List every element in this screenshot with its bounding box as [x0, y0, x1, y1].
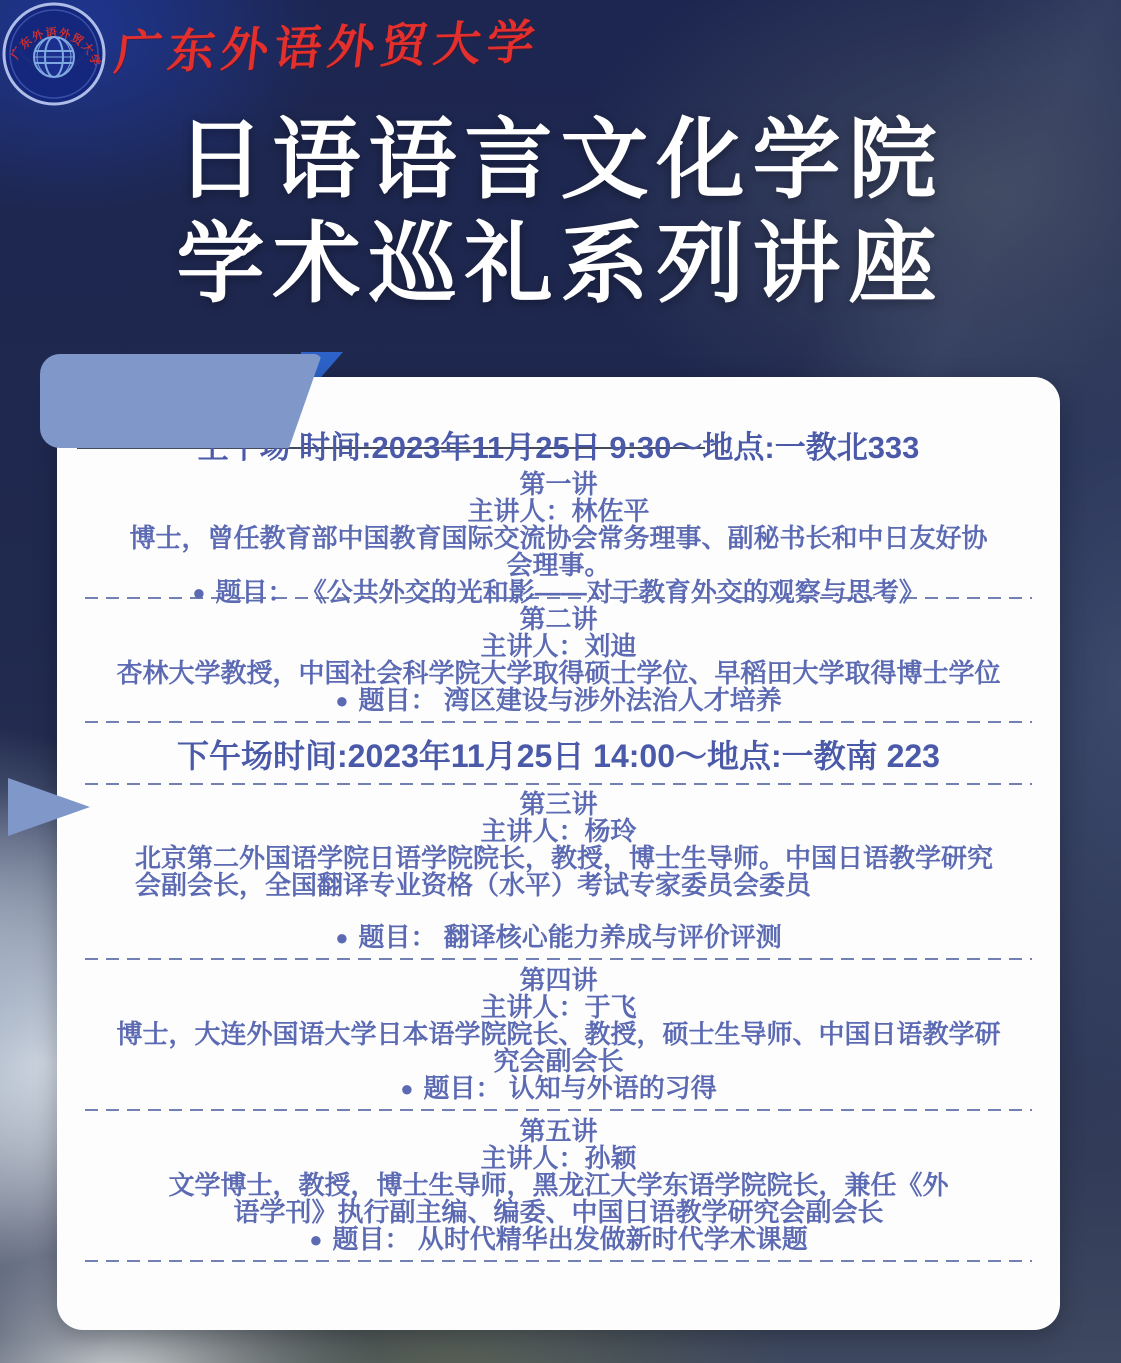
- lecture-5: 第五讲 主讲人：孙颖 文学博士，教授，博士生导师，黑龙江大学东语学院院长，兼任《…: [83, 1118, 1034, 1253]
- lecture-bio-line: 博士，大连外国语大学日本语学院院长、教授，硕士生导师、中国日语教学研: [83, 1021, 1034, 1048]
- dashed-divider: [85, 958, 1032, 960]
- schedule-card: 上午场 时间:2023年11月25日 9:30～地点:一教北333 第一讲 主讲…: [57, 377, 1060, 1330]
- topic-label: 题目：: [424, 1073, 502, 1103]
- university-name: 广东外语外贸大学: [111, 4, 590, 83]
- topic-text: 认知与外语的习得: [509, 1073, 717, 1103]
- lecture-4: 第四讲 主讲人：于飞 博士，大连外国语大学日本语学院院长、教授，硕士生导师、中国…: [83, 967, 1034, 1102]
- topic-text: 湾区建设与涉外法治人才培养: [444, 685, 782, 715]
- lecture-speaker: 主讲人：孙颖: [83, 1145, 1034, 1172]
- university-seal-icon: 广东外语外贸大学 GUANGDONG UNIVERSITY OF FOREIGN…: [2, 2, 106, 106]
- lecture-title: 第五讲: [83, 1118, 1034, 1145]
- lecture-topic: ●题目： 《公共外交的光和影——对于教育外交的观察与思考》: [83, 579, 1034, 606]
- dashed-divider: [85, 783, 1032, 785]
- lecture-2: 第二讲 主讲人：刘迪 杏林大学教授，中国社会科学院大学取得硕士学位、早稻田大学取…: [83, 606, 1034, 714]
- lecture-bio-line: 杏林大学教授，中国社会科学院大学取得硕士学位、早稻田大学取得博士学位: [83, 660, 1034, 687]
- dashed-divider: [85, 1260, 1032, 1262]
- poster-title-line1: 日语语言文化学院: [0, 108, 1121, 212]
- lecture-bio-line: 北京第二外国语学院日语学院院长，教授，博士生导师。中国日语教学研究: [83, 845, 1034, 872]
- topic-label: 题目：: [216, 577, 294, 607]
- lecture-topic: ●题目： 湾区建设与涉外法治人才培养: [83, 687, 1034, 714]
- lecture-3: 第三讲 主讲人：杨玲 北京第二外国语学院日语学院院长，教授，博士生导师。中国日语…: [83, 791, 1034, 951]
- topic-text: 《公共外交的光和影——对于教育外交的观察与思考》: [301, 577, 925, 607]
- lecture-speaker: 主讲人：杨玲: [83, 818, 1034, 845]
- lecture-bio-line: 博士，曾任教育部中国教育国际交流协会常务理事、副秘书长和中日友好协: [83, 525, 1034, 552]
- lecture-title: 第三讲: [83, 791, 1034, 818]
- lecture-speaker: 主讲人：于飞: [83, 994, 1034, 1021]
- poster: 广东外语外贸大学 GUANGDONG UNIVERSITY OF FOREIGN…: [0, 0, 1121, 1363]
- poster-title-line2: 学术巡礼系列讲座: [0, 212, 1121, 316]
- lecture-bio-line: 语学刊》执行副主编、编委、中国日语教学研究会副会长: [83, 1199, 1034, 1226]
- lecture-bio-line: 会副会长，全国翻译专业资格（水平）考试专家委员会委员: [83, 872, 1034, 899]
- poster-title: 日语语言文化学院 学术巡礼系列讲座: [0, 108, 1121, 316]
- lecture-title: 第二讲: [83, 606, 1034, 633]
- afternoon-session-header: 下午场时间:2023年11月25日 14:00～地点:一教南 223: [83, 737, 1034, 775]
- lecture-topic: ●题目： 翻译核心能力养成与评价评测: [83, 924, 1034, 951]
- topic-label: 题目：: [333, 1224, 411, 1254]
- decor-parallelogram: [40, 354, 322, 448]
- lecture-bio-line: 究会副会长: [83, 1048, 1034, 1075]
- bullet-icon: ●: [192, 580, 205, 605]
- dashed-divider: [85, 1109, 1032, 1111]
- lecture-bio-line: 会理事。: [83, 552, 1034, 579]
- globe-icon: [34, 37, 74, 77]
- schedule-content: 上午场 时间:2023年11月25日 9:30～地点:一教北333 第一讲 主讲…: [57, 377, 1060, 1330]
- bullet-icon: ●: [335, 925, 348, 950]
- bullet-icon: ●: [400, 1076, 413, 1101]
- lecture-speaker: 主讲人：刘迪: [83, 633, 1034, 660]
- spacer: [83, 899, 1034, 924]
- lecture-speaker: 主讲人：林佐平: [83, 498, 1034, 525]
- topic-label: 题目：: [359, 685, 437, 715]
- lecture-1: 第一讲 主讲人：林佐平 博士，曾任教育部中国教育国际交流协会常务理事、副秘书长和…: [83, 471, 1034, 606]
- lecture-topic: ●题目： 认知与外语的习得: [83, 1075, 1034, 1102]
- topic-text: 从时代精华出发做新时代学术课题: [418, 1224, 808, 1254]
- lecture-topic: ●题目： 从时代精华出发做新时代学术课题: [83, 1226, 1034, 1253]
- bullet-icon: ●: [335, 688, 348, 713]
- lecture-bio-line: 文学博士，教授，博士生导师，黑龙江大学东语学院院长，兼任《外: [83, 1172, 1034, 1199]
- topic-text: 翻译核心能力养成与评价评测: [444, 922, 782, 952]
- topic-label: 题目：: [359, 922, 437, 952]
- dashed-divider: [85, 721, 1032, 723]
- bullet-icon: ●: [309, 1227, 322, 1252]
- lecture-title: 第一讲: [83, 471, 1034, 498]
- lecture-title: 第四讲: [83, 967, 1034, 994]
